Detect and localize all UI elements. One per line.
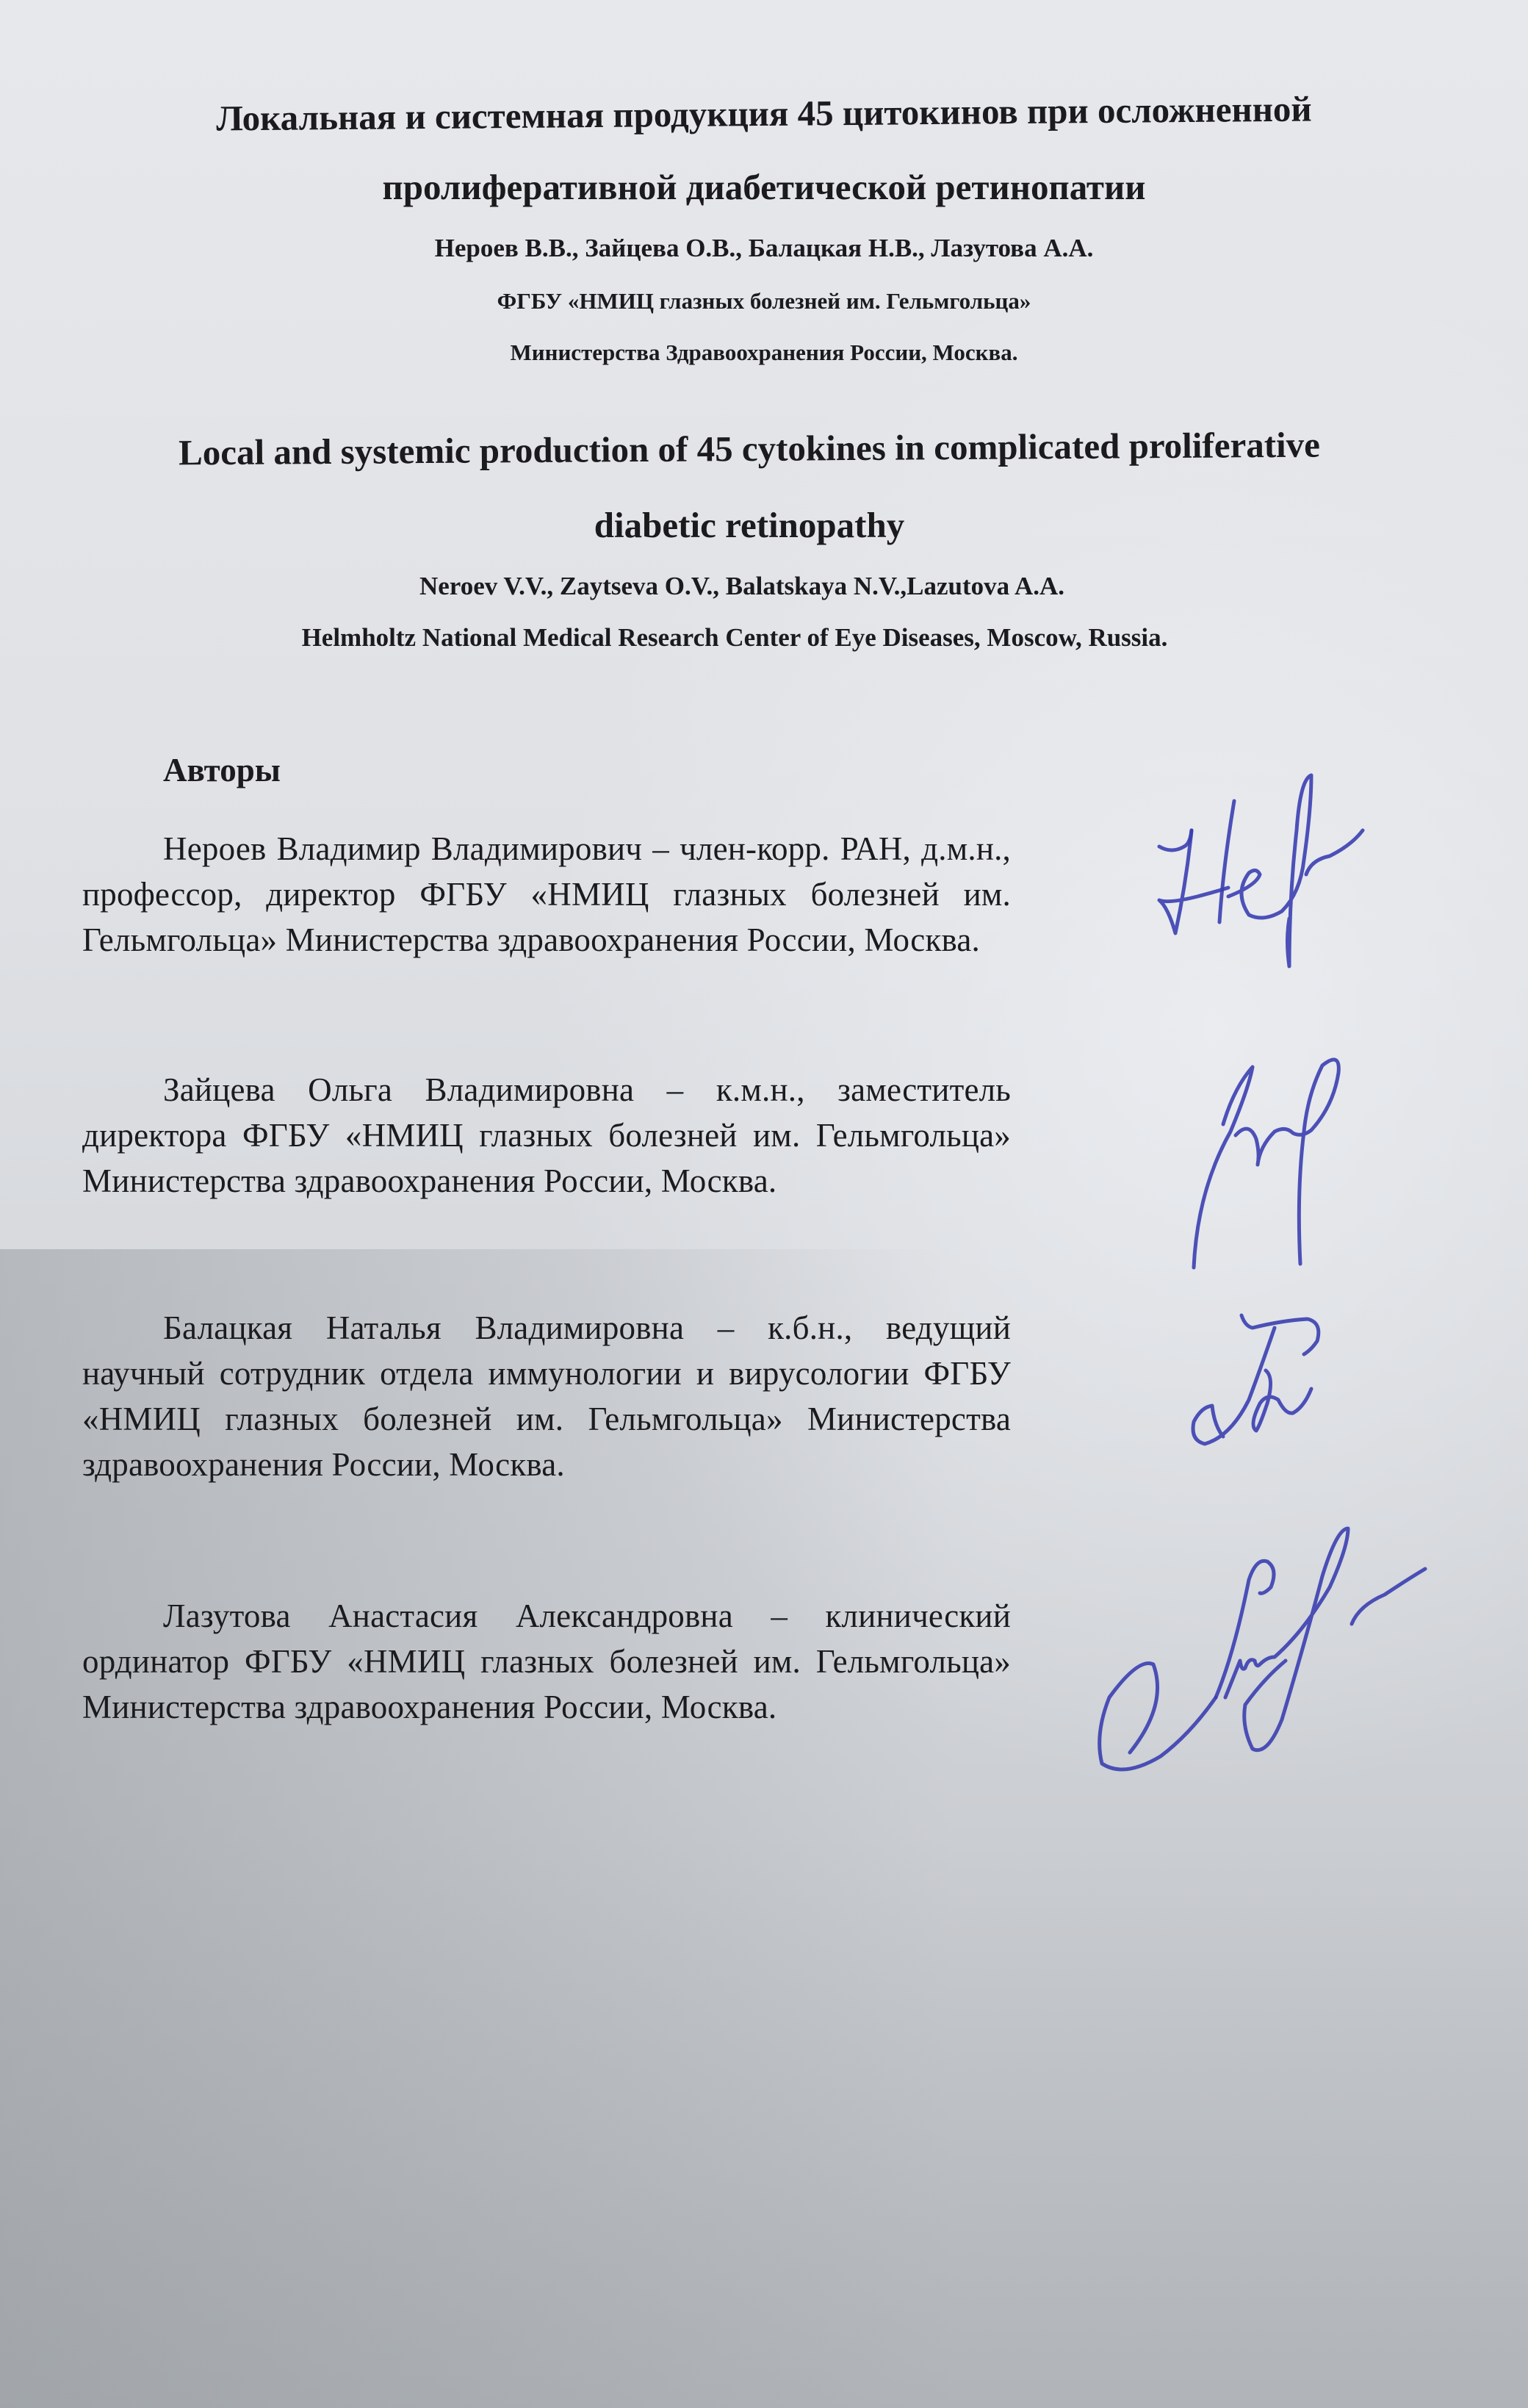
title-ru-line-2: пролиферативной диабетической ретинопати…	[0, 166, 1528, 208]
author-entry-zaytseva: Зайцева Ольга Владимировна – к.м.н., зам…	[82, 1067, 1011, 1204]
title-ru-line-1: Локальная и системная продукция 45 циток…	[0, 86, 1528, 141]
section-heading-authors: Авторы	[163, 751, 281, 789]
signature-balatskaya-icon	[1179, 1304, 1326, 1459]
author-entry-neroev: Нероев Владимир Владимирович – член-корр…	[82, 826, 1011, 963]
signature-lazutova-icon	[1095, 1514, 1432, 1778]
authors-ru: Нероев В.В., Зайцева О.В., Балацкая Н.В.…	[0, 234, 1528, 263]
signature-zaytseva-icon	[1175, 1043, 1352, 1279]
signature-neroev-icon	[1146, 764, 1366, 985]
affiliation-ru-line-2: Министерства Здравоохранения России, Мос…	[0, 339, 1528, 366]
authors-en: Neroev V.V., Zaytseva O.V., Balatskaya N…	[0, 572, 1506, 601]
paper-shadow-bottom	[0, 1837, 1528, 2408]
author-entry-balatskaya: Балацкая Наталья Владимировна – к.б.н., …	[82, 1305, 1011, 1487]
affiliation-en: Helmholtz National Medical Research Cent…	[0, 623, 1499, 653]
title-en-line-2: diabetic retinopathy	[0, 504, 1513, 546]
affiliation-ru-line-1: ФГБУ «НМИЦ глазных болезней им. Гельмгол…	[0, 288, 1528, 315]
title-en-line-1: Local and systemic production of 45 cyto…	[0, 423, 1513, 475]
author-entry-lazutova: Лазутова Анастасия Александровна – клини…	[82, 1593, 1011, 1730]
